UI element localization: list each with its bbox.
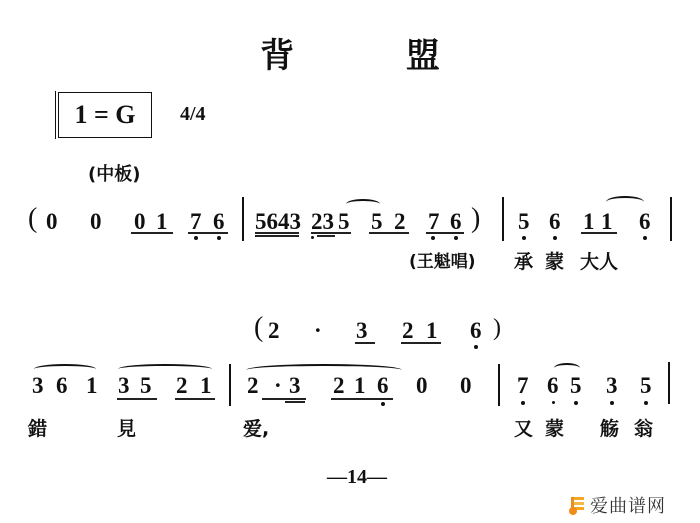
note: 3 [32, 374, 44, 398]
key-signature-box: 1 = G [58, 92, 152, 138]
underline [401, 342, 441, 344]
underline [262, 398, 306, 400]
note: 23 [311, 210, 334, 234]
low-octave-dot [643, 236, 647, 240]
paren-close: ) [493, 316, 501, 340]
note: 3 [356, 319, 368, 343]
note: 0 [460, 374, 472, 398]
note: 5 [640, 374, 652, 398]
underline [255, 235, 299, 237]
note: 2 [402, 319, 414, 343]
bar-line [670, 197, 672, 241]
slur [346, 199, 380, 209]
tempo-marking: (中板) [88, 160, 140, 186]
note: · [274, 374, 282, 398]
underline [311, 232, 351, 234]
lyric: 錯 [28, 414, 47, 441]
underline [131, 232, 173, 234]
note: 2 [268, 319, 280, 343]
note: 1 [354, 374, 366, 398]
underline [317, 235, 335, 237]
note: 5 [338, 210, 350, 234]
key-signature: 1 = G [74, 100, 135, 129]
note: 6 [547, 374, 559, 398]
note: 1 [601, 210, 613, 234]
note: 3 [289, 374, 301, 398]
low-octave-dot [553, 236, 557, 240]
note: 5 [570, 374, 582, 398]
note: 1 [583, 210, 595, 234]
watermark-text: 爱曲谱网 [590, 492, 666, 518]
low-octave-dot [474, 345, 478, 349]
lyric: 爱, [243, 414, 269, 441]
paren-close: ) [471, 207, 480, 231]
note: 5 [518, 210, 530, 234]
underline [285, 401, 305, 403]
underline [581, 232, 617, 234]
note: 1 [426, 319, 438, 343]
time-signature: 4/4 [180, 103, 206, 126]
underline [255, 232, 299, 234]
note: 6 [639, 210, 651, 234]
lyric: 蒙 [545, 247, 564, 274]
slur [118, 364, 212, 374]
underline [117, 398, 157, 400]
note: 6 [56, 374, 68, 398]
note: 2 [176, 374, 188, 398]
underline [426, 232, 464, 234]
bar-line [498, 364, 500, 406]
note: 2 [333, 374, 345, 398]
low-octave-dot [431, 236, 435, 240]
note: 6 [470, 319, 482, 343]
note: 2 [394, 210, 406, 234]
song-title: 背 盟 [0, 28, 700, 77]
title-char-2: 盟 [406, 28, 440, 77]
note: 2 [247, 374, 259, 398]
paren-open: ( [28, 207, 37, 231]
underline [369, 232, 409, 234]
watermark-logo[interactable]: 爱曲谱网 [568, 492, 666, 518]
low-octave-dot [644, 401, 648, 405]
page-number: —14— [327, 466, 387, 489]
low-octave-dot [194, 236, 198, 240]
note: 1 [156, 210, 168, 234]
music-note-icon [568, 495, 586, 515]
note: 7 [428, 210, 440, 234]
low-octave-dot [521, 401, 525, 405]
note: 0 [416, 374, 428, 398]
paren-open: ( [254, 316, 263, 340]
dot [311, 236, 314, 239]
lyric: 觞 [600, 414, 619, 441]
underline [331, 398, 393, 400]
note: 1 [86, 374, 98, 398]
note: 6 [450, 210, 462, 234]
lyric: 翁 [634, 414, 653, 441]
underline [188, 232, 228, 234]
lyric: 蒙 [545, 414, 564, 441]
low-octave-dot [381, 402, 385, 406]
note: 6 [377, 374, 389, 398]
low-octave-dot [552, 401, 555, 404]
low-octave-dot [522, 236, 526, 240]
note: 1 [200, 374, 212, 398]
underline [355, 342, 375, 344]
low-octave-dot [454, 236, 458, 240]
note: 5 [140, 374, 152, 398]
slur [554, 363, 580, 373]
note: 3 [118, 374, 130, 398]
note: · [314, 319, 322, 343]
lyric: 承 [514, 247, 533, 274]
bar-line [242, 197, 244, 241]
note: 6 [549, 210, 561, 234]
note: 7 [517, 374, 529, 398]
singer-label: (王魁唱) [409, 247, 476, 272]
note: 6 [213, 210, 225, 234]
underline [175, 398, 215, 400]
note: 0 [46, 210, 58, 234]
low-octave-dot [610, 401, 614, 405]
low-octave-dot [574, 401, 578, 405]
note: 7 [190, 210, 202, 234]
slur [606, 196, 644, 208]
note: 0 [90, 210, 102, 234]
title-char-1: 背 [260, 28, 294, 77]
bar-line [229, 364, 231, 406]
bar-line [502, 197, 504, 241]
lyric: 又 [514, 414, 533, 441]
bar-line [668, 362, 670, 404]
note: 3 [606, 374, 618, 398]
note: 5 [371, 210, 383, 234]
note: 5643 [255, 210, 301, 234]
low-octave-dot [217, 236, 221, 240]
lyric: 大人 [580, 247, 618, 274]
note: 0 [134, 210, 146, 234]
lyric: 見 [117, 414, 136, 441]
